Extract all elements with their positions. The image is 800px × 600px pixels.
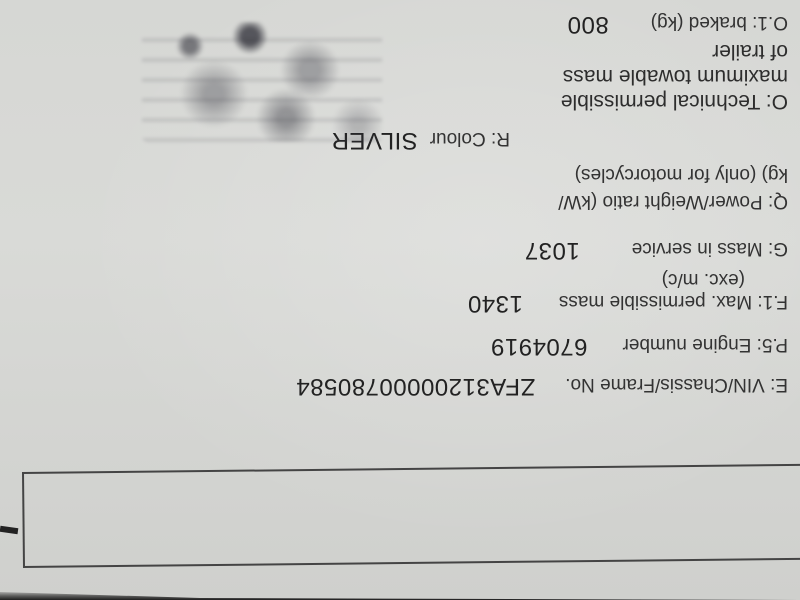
engine-number-label: P.5: Engine number [623, 333, 789, 355]
mass-in-service-value: 1037 [524, 236, 579, 264]
braked-mass-label: O.1: braked (kg) [651, 11, 788, 33]
power-weight-label-line2: kg) (only for motorcycles) [558, 161, 788, 188]
mass-in-service-label: G: Mass in service [632, 237, 788, 259]
field-vin: E: VIN/Chassis/Frame No. ZFA312000007805… [296, 372, 788, 400]
field-towable-mass: O: Technical permissible maximum towable… [561, 39, 788, 114]
towable-label-line1: O: Technical permissible [561, 89, 788, 114]
empty-box [22, 464, 800, 568]
colour-label: R: Colour [430, 127, 510, 149]
field-engine-number: P.5: Engine number 6704919 [491, 332, 788, 360]
field-power-weight: Q: Power/Weight ratio (kW/ kg) (only for… [558, 161, 788, 215]
towable-label-line2: maximum towable mass [561, 64, 788, 89]
engine-number-value: 6704919 [491, 332, 588, 360]
field-colour: R: Colour SILVER [331, 126, 788, 154]
field-braked-mass: O.1: braked (kg) 800 [567, 10, 788, 38]
blurred-stamp [142, 22, 382, 142]
vin-value: ZFA31200000780584 [296, 372, 535, 400]
max-mass-label: F.1: Max. permissible mass [559, 290, 788, 312]
braked-mass-value: 800 [567, 10, 609, 38]
vin-label: E: VIN/Chassis/Frame No. [565, 373, 788, 395]
towable-label-line3: of trailer [561, 39, 788, 64]
field-max-mass: F.1: Max. permissible mass 1340 [467, 289, 788, 317]
power-weight-label-line1: Q: Power/Weight ratio (kW/ [558, 188, 788, 215]
max-mass-sublabel: (exc. m/c) [662, 268, 745, 290]
max-mass-value: 1340 [467, 289, 522, 317]
field-mass-in-service: G: Mass in service 1037 [524, 236, 788, 264]
